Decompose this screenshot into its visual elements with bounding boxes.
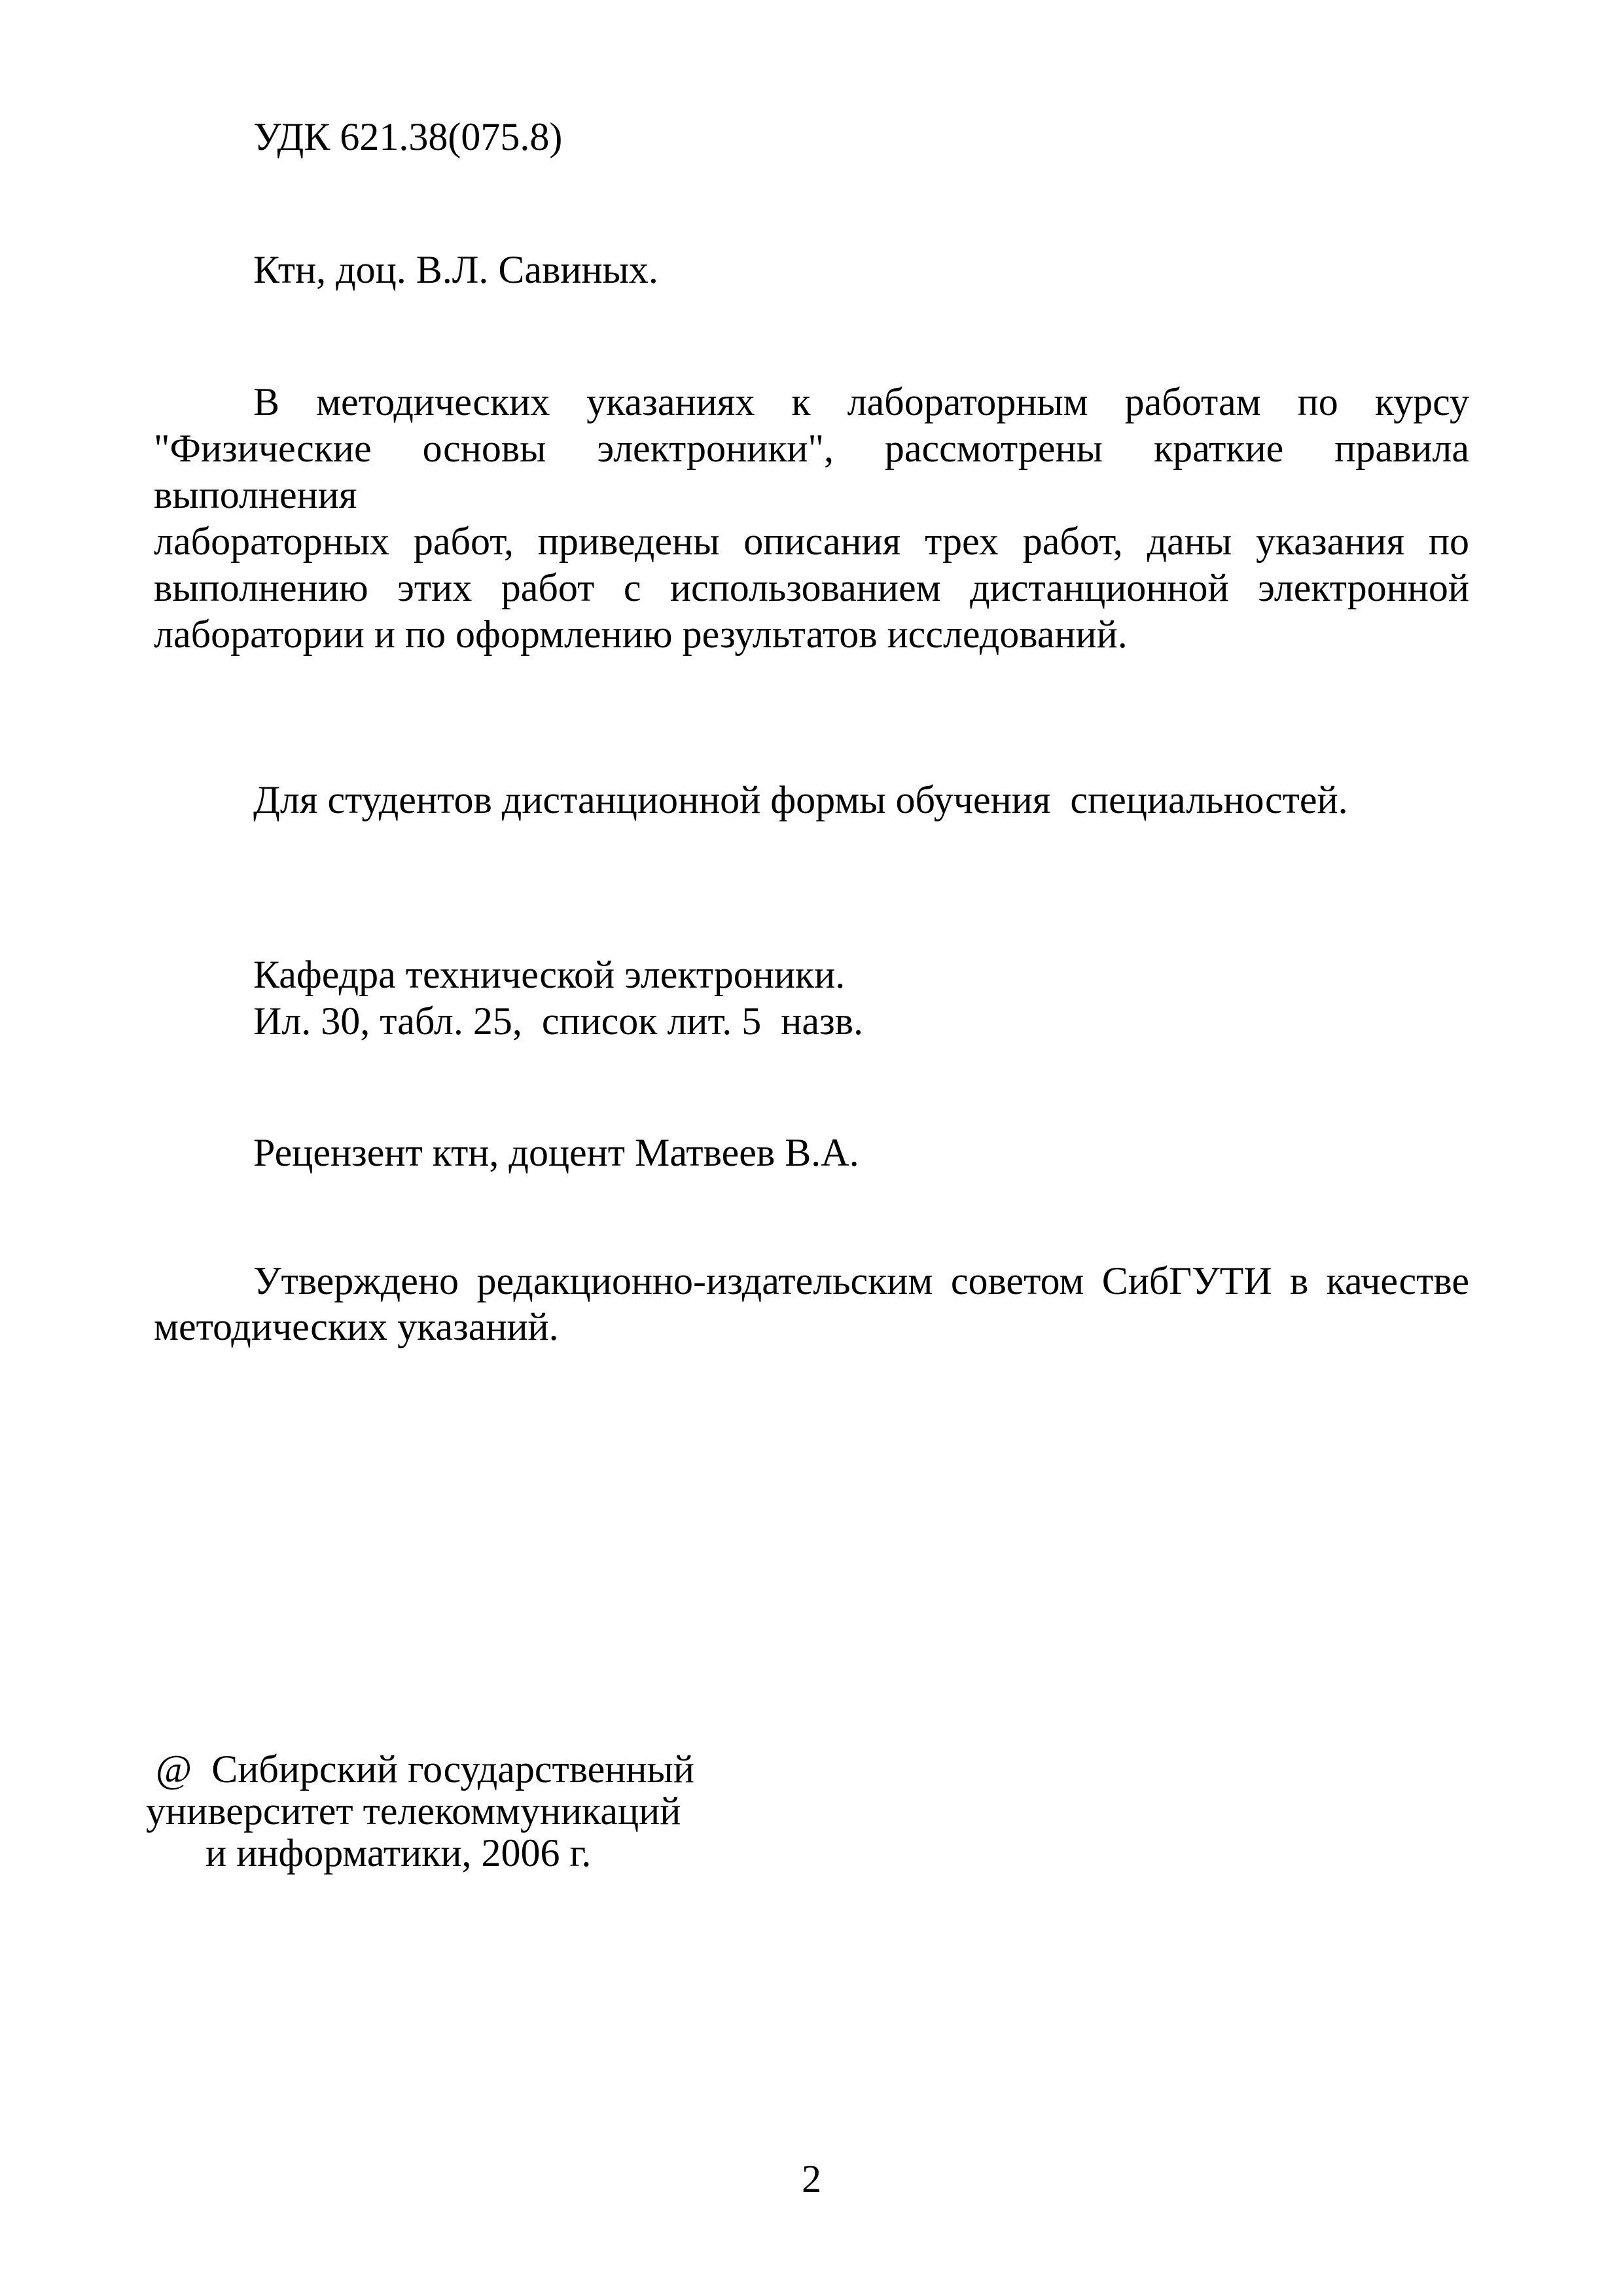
author-line: Ктн, доц. В.Л. Савиных. (253, 247, 658, 293)
copyright-line: @ Сибирский государственный (146, 1748, 694, 1790)
copyright-line: университет телекоммуникаций (146, 1790, 694, 1832)
department-info-block: Кафедра технической электроники. Ил. 30,… (253, 952, 863, 1045)
abstract-line: "Физические основы электроники", рассмот… (154, 425, 1469, 518)
abstract-line: лаборатории и по оформлению результатов … (154, 611, 1469, 658)
department-line: Кафедра технической электроники. (253, 952, 863, 998)
abstract-paragraph: В методических указаниях к лабораторным … (154, 379, 1469, 658)
approval-paragraph: Утверждено редакционно-издательским сове… (154, 1258, 1469, 1350)
abstract-line: В методических указаниях к лабораторным … (154, 379, 1469, 425)
abstract-line: выполнению этих работ с использованием д… (154, 565, 1469, 611)
copyright-block: @ Сибирский государственный университет … (146, 1748, 694, 1874)
stats-line: Ил. 30, табл. 25, список лит. 5 назв. (253, 998, 863, 1045)
abstract-line: лабораторных работ, приведены описания т… (154, 518, 1469, 565)
page-number: 2 (0, 2156, 1623, 2202)
document-page: УДК 621.38(075.8) Ктн, доц. В.Л. Савиных… (0, 0, 1623, 2296)
approval-line: Утверждено редакционно-издательским сове… (154, 1258, 1469, 1304)
udc-code: УДК 621.38(075.8) (253, 114, 562, 160)
audience-line: Для студентов дистанционной формы обучен… (253, 777, 1348, 823)
reviewer-line: Рецензент ктн, доцент Матвеев В.А. (253, 1130, 859, 1176)
copyright-line: и информатики, 2006 г. (146, 1832, 694, 1874)
approval-line: методических указаний. (154, 1304, 1469, 1350)
